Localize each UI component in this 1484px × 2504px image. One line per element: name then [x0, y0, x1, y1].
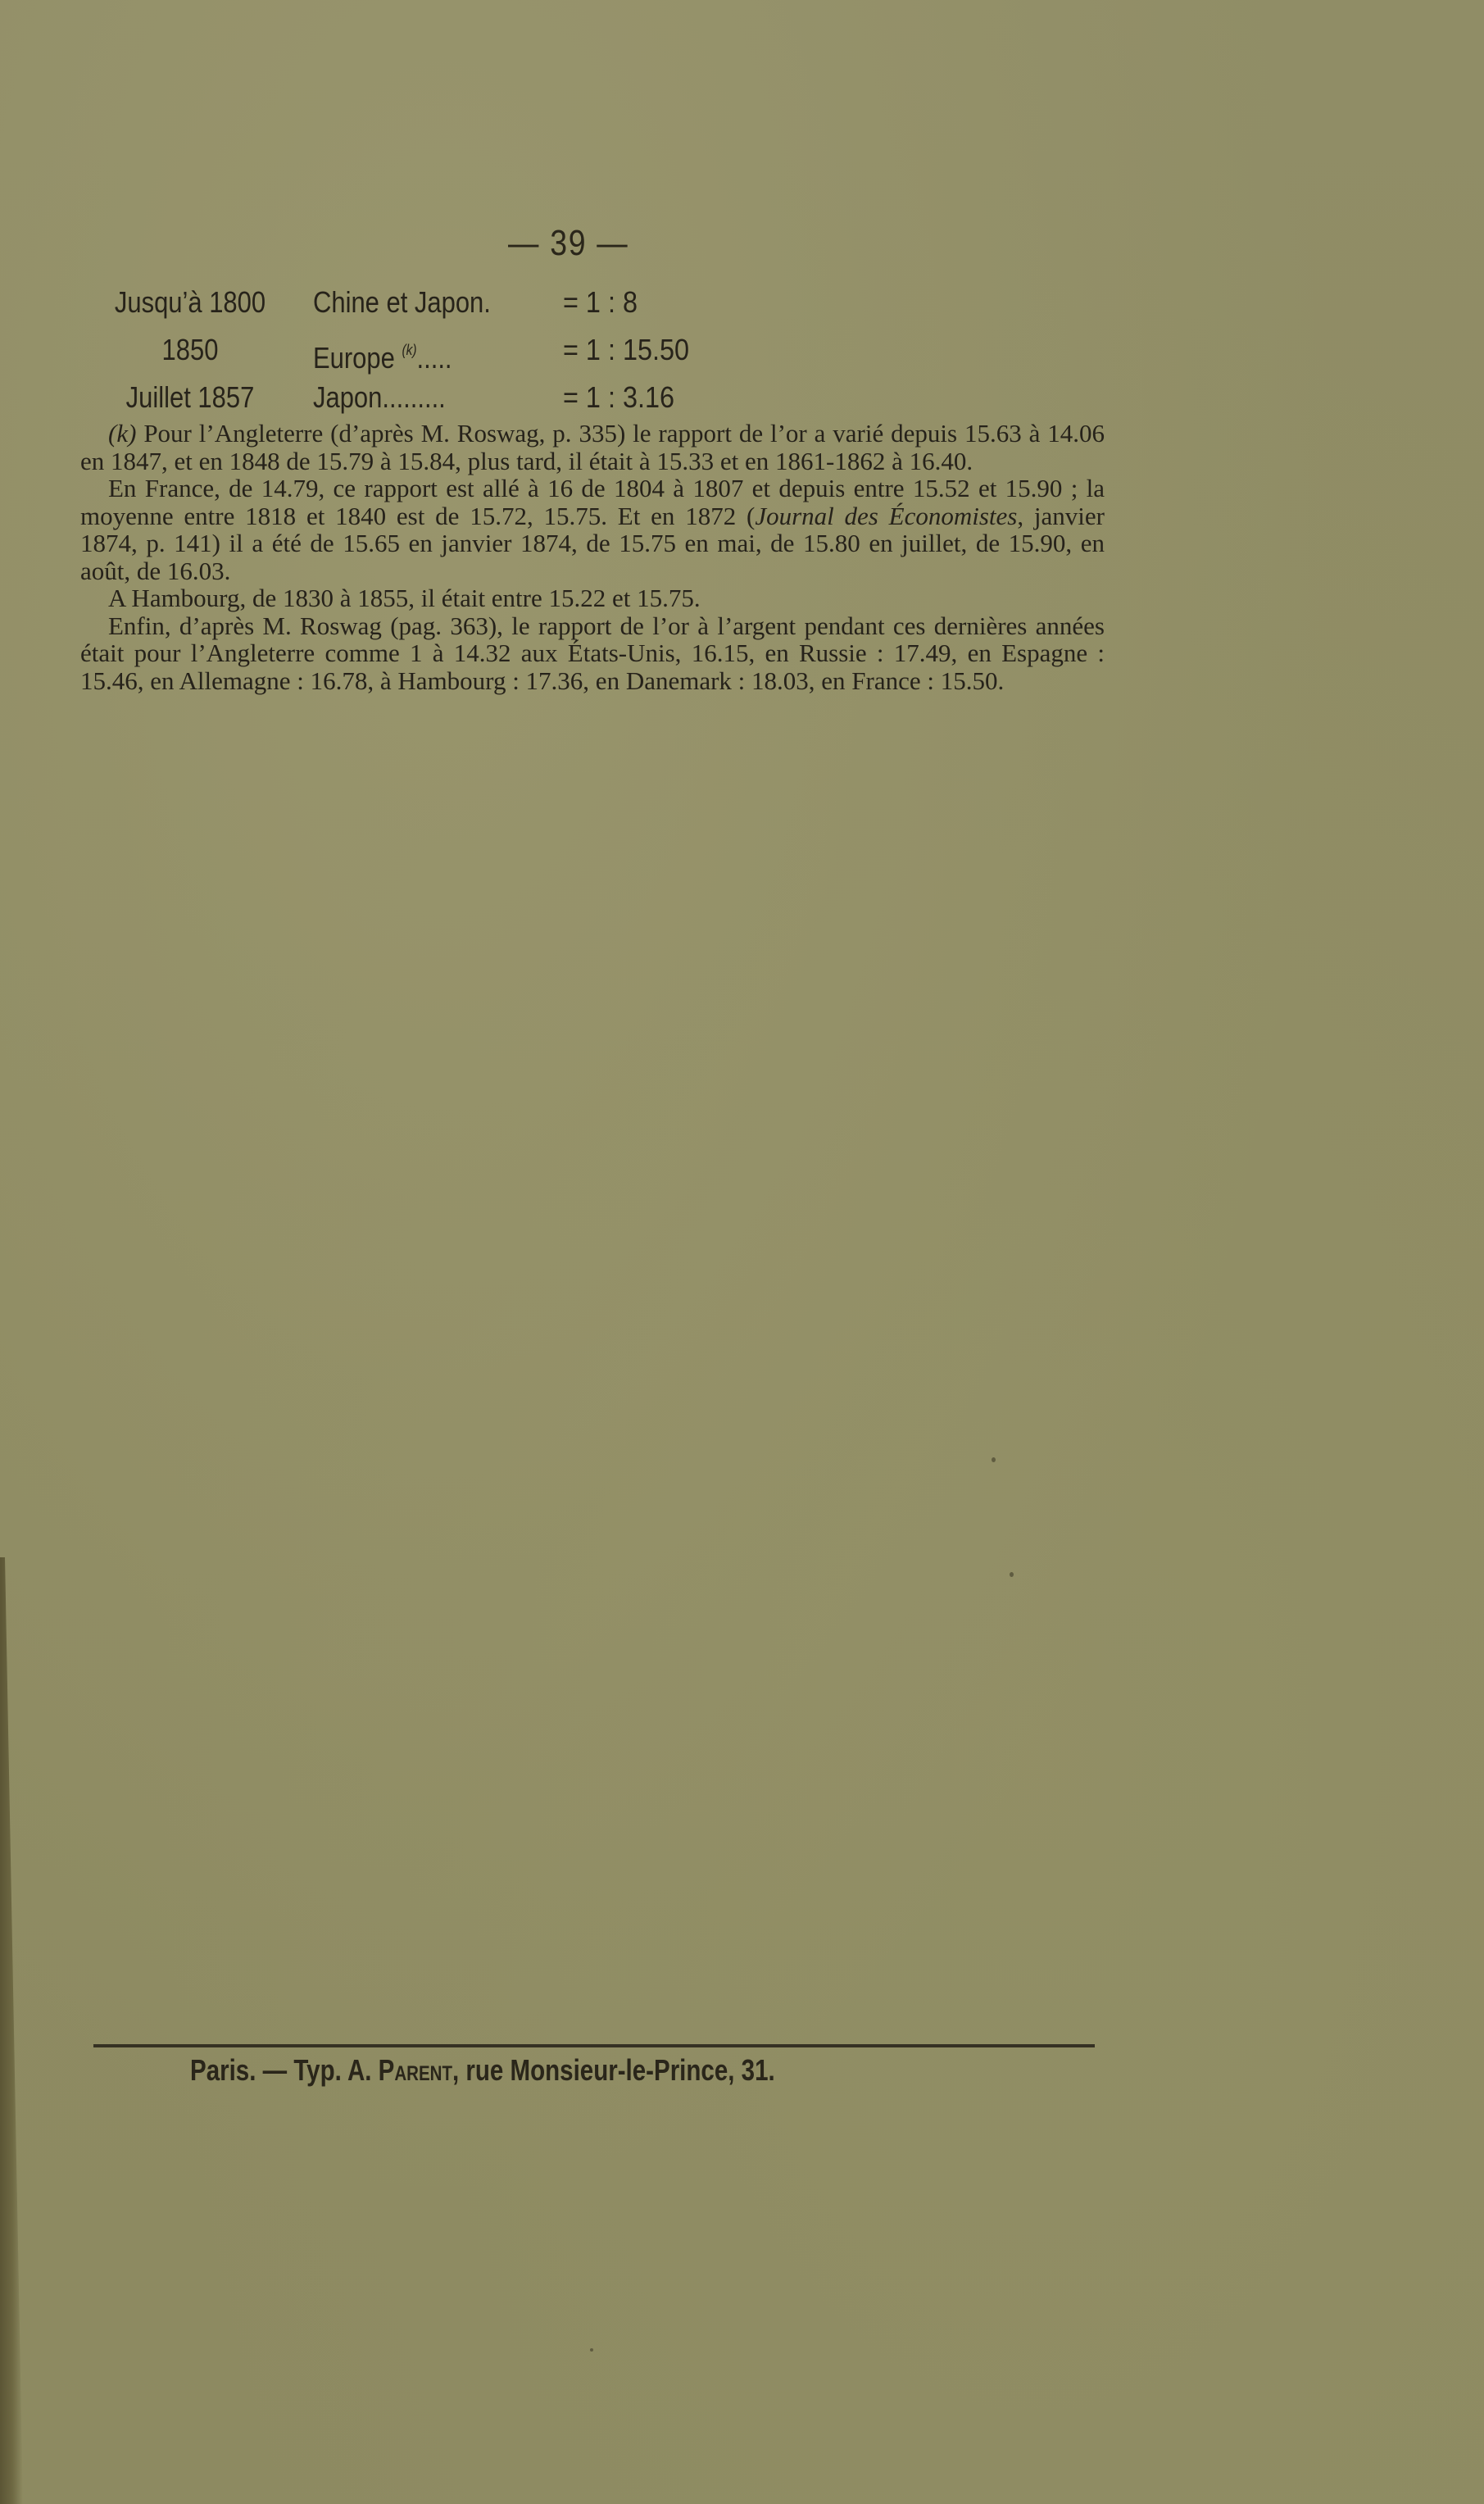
ratio-place-name: Chine et Japon.	[313, 285, 491, 319]
imprint-rule	[93, 2044, 1095, 2047]
ratio-date: Jusqu’à 1800	[106, 279, 275, 326]
ratio-place: Chine et Japon.	[313, 279, 491, 326]
printer-name: Parent	[379, 2053, 452, 2087]
footnote-ref-k[interactable]: (k)	[402, 342, 416, 358]
paper-speck	[590, 2348, 593, 2352]
footnote-paragraph-summary: Enfin, d’après M. Roswag (pag. 363), le …	[80, 612, 1105, 695]
footnote-paragraph-hambourg: A Hambourg, de 1830 à 1855, il était ent…	[80, 584, 1105, 612]
ratio-place-name: Japon	[313, 380, 382, 414]
footnote-text: Pour l’Angleterre (d’après M. Roswag, p.…	[80, 419, 1105, 475]
ratio-value: = 1 : 15.50	[563, 326, 689, 374]
footnote-text: Enfin, d’après M. Roswag (pag. 363), le …	[80, 611, 1105, 695]
footnote-paragraph-england: (k) Pour l’Angleterre (d’après M. Roswag…	[80, 420, 1105, 475]
footnote-marker: (k)	[108, 419, 136, 448]
imprint-suffix: , rue Monsieur-le-Prince, 31.	[452, 2053, 775, 2087]
ratio-place-name: Europe	[313, 341, 395, 375]
footnote-text: A Hambourg, de 1830 à 1855, il était ent…	[108, 584, 701, 612]
book-binding-shadow	[0, 1557, 23, 2504]
ratio-value: = 1 : 8	[563, 279, 638, 326]
page-number: — 39 —	[508, 223, 629, 264]
ratio-date: 1850	[106, 326, 275, 374]
imprint-prefix: Paris. — Typ. A.	[190, 2053, 379, 2087]
dot-leader: .....	[417, 341, 452, 375]
paper-speck	[992, 1457, 996, 1462]
footnote-block: (k) Pour l’Angleterre (d’après M. Roswag…	[80, 420, 1105, 694]
journal-title: Journal des Économistes	[755, 502, 1017, 530]
dot-leader: .........	[382, 380, 445, 414]
paper-speck	[1010, 1572, 1014, 1577]
ratio-place: Japon.........	[313, 374, 446, 421]
ratio-date: Juillet 1857	[106, 374, 275, 421]
ratio-value: = 1 : 3.16	[563, 374, 674, 421]
printer-imprint: Paris. — Typ. A. Parent, rue Monsieur-le…	[190, 2053, 775, 2088]
footnote-paragraph-france: En France, de 14.79, ce rapport est allé…	[80, 475, 1105, 584]
